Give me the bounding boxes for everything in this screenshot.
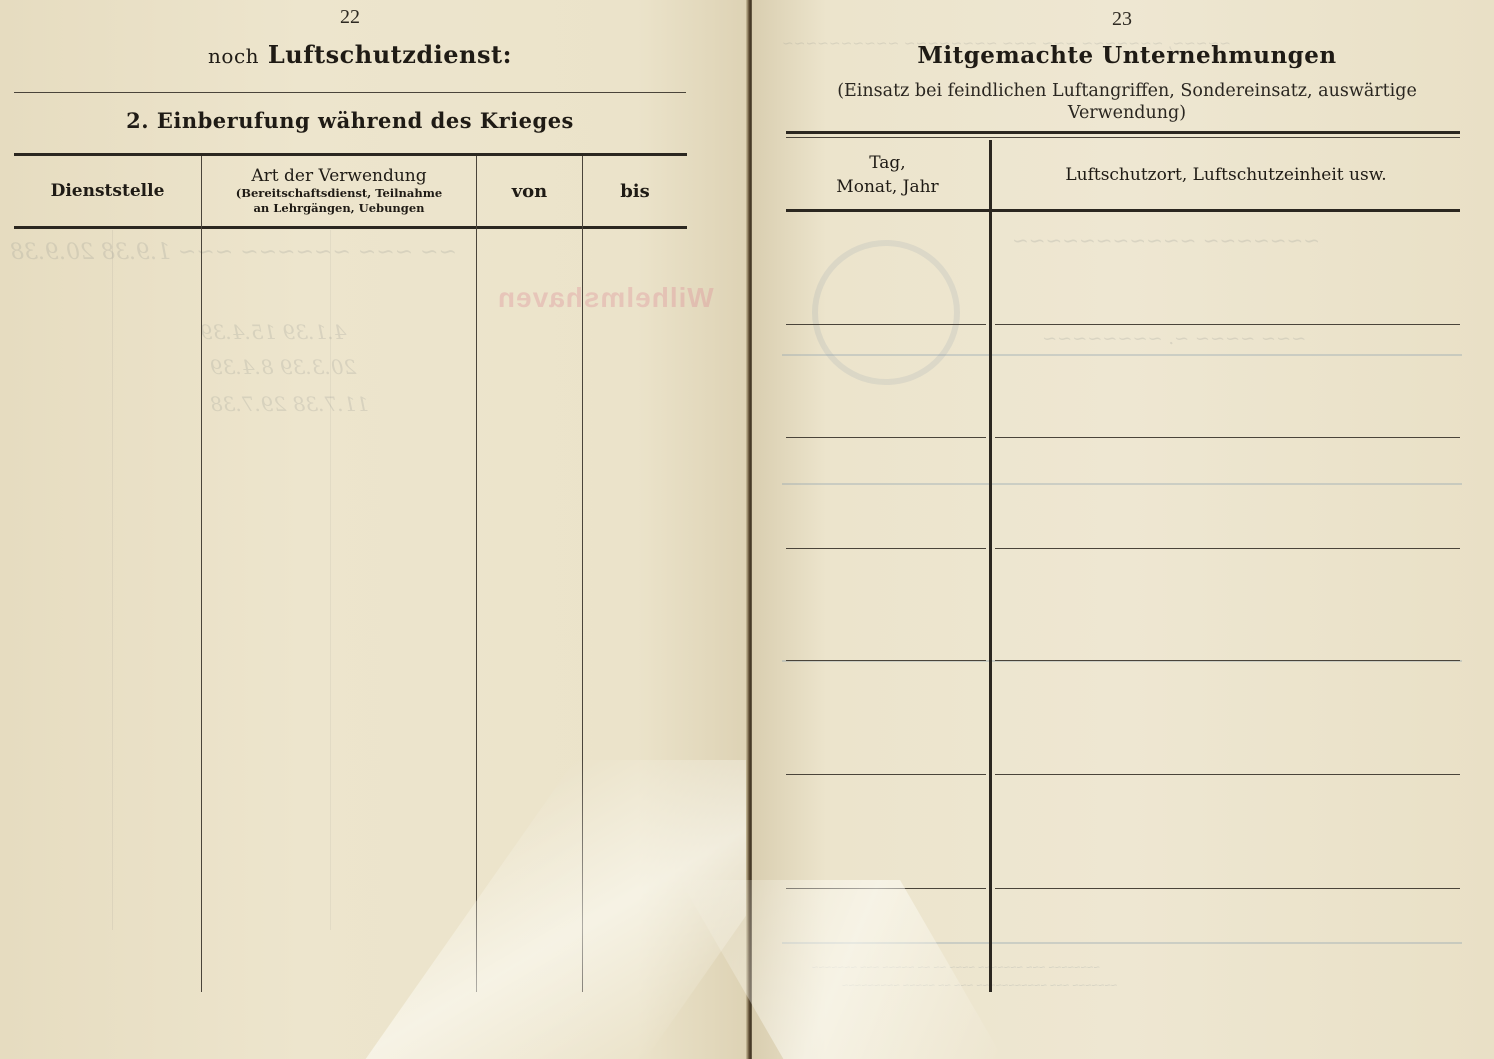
column-header-sublabel: an Lehrgängen, Uebungen — [253, 201, 424, 216]
column-header-art-der-verwendung: Art der Verwendung (Bereitschaftsdienst,… — [202, 156, 476, 226]
page-number: 23 — [1072, 8, 1172, 31]
date-entry-cell[interactable] — [786, 325, 989, 437]
column-header-dienststelle: Dienststelle — [14, 156, 201, 226]
column-header-date: Tag, Monat, Jahr — [786, 140, 989, 209]
bis-entry-area[interactable] — [583, 230, 687, 992]
title-prefix: noch — [208, 44, 259, 68]
date-entry-cell[interactable] — [786, 438, 989, 548]
title-main: Luftschutzdienst: — [268, 40, 512, 69]
left-page: ~~ ~~~ ~~~~~~ ~~~ 1.9.38 20.9.38 4.1.39 … — [0, 0, 750, 1059]
table-header-bottom-rule — [14, 226, 687, 229]
place-entry-cell[interactable] — [992, 438, 1460, 548]
column-header-label: Tag, — [869, 151, 905, 175]
column-header-place: Luftschutzort, Luftschutzeinheit usw. — [992, 140, 1460, 209]
page-title: Mitgemachte Unternehmungen — [832, 42, 1422, 69]
column-header-label: von — [512, 181, 548, 202]
von-entry-area[interactable] — [477, 230, 582, 992]
column-header-label: Luftschutzort, Luftschutzeinheit usw. — [1065, 165, 1386, 185]
column-header-label: Dienststelle — [51, 181, 165, 201]
table-top-rule-thin — [786, 137, 1460, 138]
subtitle-line: Verwendung) — [792, 102, 1462, 124]
title-divider — [14, 92, 686, 93]
place-entry-cell[interactable] — [992, 212, 1460, 324]
date-entry-cell[interactable] — [786, 549, 989, 660]
dienststelle-entry-area[interactable] — [14, 230, 201, 992]
date-entry-cell[interactable] — [786, 775, 989, 888]
table-top-rule — [786, 131, 1460, 134]
place-entry-cell[interactable] — [992, 775, 1460, 888]
date-entry-cell[interactable] — [786, 661, 989, 774]
date-entry-cell[interactable] — [786, 212, 989, 324]
place-entry-cell[interactable] — [992, 661, 1460, 774]
place-entry-cell[interactable] — [992, 325, 1460, 437]
verwendung-entry-area[interactable] — [202, 230, 476, 992]
place-entry-cell[interactable] — [992, 549, 1460, 660]
section-heading: 2. Einberufung während des Krieges — [80, 108, 620, 133]
column-header-label: Monat, Jahr — [836, 175, 938, 199]
subtitle-line: (Einsatz bei feindlichen Luftangriffen, … — [792, 80, 1462, 102]
column-header-label: bis — [620, 181, 650, 202]
column-header-sublabel: (Bereitschaftsdienst, Teilnahme — [236, 186, 442, 201]
booklet-spread: ~~ ~~~ ~~~~~~ ~~~ 1.9.38 20.9.38 4.1.39 … — [0, 0, 1494, 1059]
column-header-bis: bis — [583, 156, 687, 226]
page-title: noch Luftschutzdienst: — [150, 40, 570, 69]
page-subtitle: (Einsatz bei feindlichen Luftangriffen, … — [792, 80, 1462, 124]
place-entry-cell[interactable] — [992, 889, 1460, 992]
right-page: ~~~~~~~ ~~~~~~~~~~~ ~~~ ~~~~ ~. ~~~~~~~~… — [752, 0, 1494, 1059]
column-header-label: Art der Verwendung — [251, 166, 426, 186]
page-number: 22 — [300, 6, 400, 29]
date-entry-cell[interactable] — [786, 889, 989, 992]
column-header-von: von — [477, 156, 582, 226]
